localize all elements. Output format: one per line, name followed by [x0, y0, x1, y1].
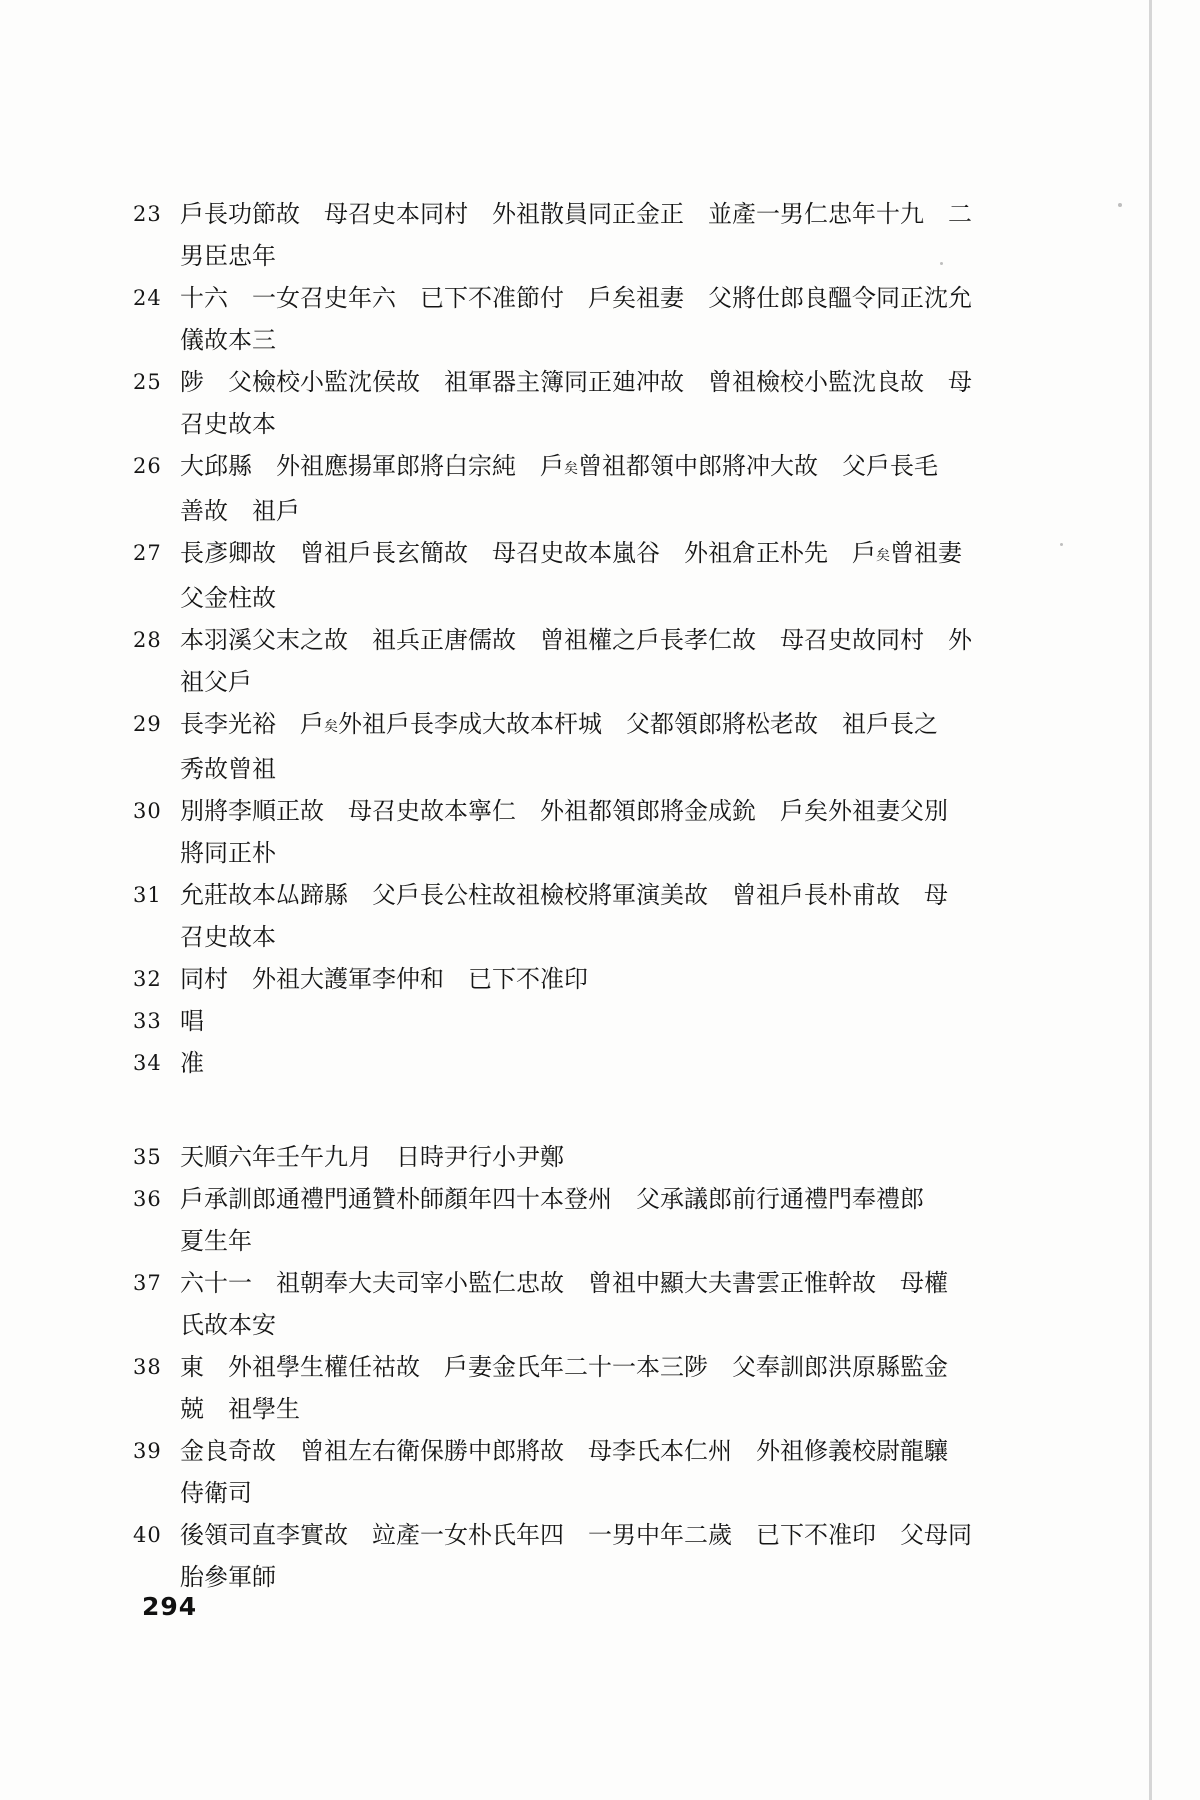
entry-number: 31	[133, 874, 180, 916]
entry-text: 同村 外祖大護軍李仲和 已下不准印	[180, 958, 1013, 1000]
entry-number: 36	[133, 1178, 180, 1220]
scan-edge-artifact	[1149, 0, 1152, 1800]
entry-line: 唱	[180, 1000, 1013, 1042]
entry-number: 30	[133, 790, 180, 832]
entry-line: 大邱縣 外祖應揚軍郎將白宗純 戶矣曾祖都領中郎將冲大故 父戶長毛	[180, 445, 1013, 490]
entry-text: 准	[180, 1042, 1013, 1084]
entry-number: 33	[133, 1000, 180, 1042]
entry-29: 29 長李光裕 戶矣外祖戶長李成大故本杆城 父都領郎將松老故 祖戶長之 秀故曾祖	[133, 703, 1013, 790]
scan-speck	[1060, 543, 1063, 546]
entry-line: 別將李順正故 母召史故本寧仁 外祖都領郎將金成鈗 戶矣外祖妻父別	[180, 790, 1013, 832]
entry-number: 39	[133, 1430, 180, 1472]
small-particle-char: 矣	[324, 719, 338, 735]
entry-line: 善故 祖戶	[180, 490, 1013, 532]
entry-text: 陟 父檢校小監沈侯故 祖軍器主簿同正廸冲故 曾祖檢校小監沈良故 母 召史故本	[180, 361, 1013, 445]
entry-25: 25 陟 父檢校小監沈侯故 祖軍器主簿同正廸冲故 曾祖檢校小監沈良故 母 召史故…	[133, 361, 1013, 445]
entry-text: 金良奇故 曾祖左右衛保勝中郎將故 母李氏本仁州 外祖修義校尉龍驤 侍衛司	[180, 1430, 1013, 1514]
entry-text: 東 外祖學生權任祜故 戶妻金氏年二十一本三陟 父奉訓郎洪原縣監金 兢 祖學生	[180, 1346, 1013, 1430]
entry-line: 金良奇故 曾祖左右衛保勝中郎將故 母李氏本仁州 外祖修義校尉龍驤	[180, 1430, 1013, 1472]
entry-line: 兢 祖學生	[180, 1388, 1013, 1430]
entry-text: 戶長功節故 母召史本同村 外祖散員同正金正 並產一男仁忠年十九 二 男臣忠年	[180, 193, 1013, 277]
entry-line: 准	[180, 1042, 1013, 1084]
entry-line: 氏故本安	[180, 1304, 1013, 1346]
text-block: 23 戶長功節故 母召史本同村 外祖散員同正金正 並產一男仁忠年十九 二 男臣忠…	[133, 193, 1013, 1598]
entry-line: 儀故本三	[180, 319, 1013, 361]
entry-line: 秀故曾祖	[180, 748, 1013, 790]
entry-text: 長李光裕 戶矣外祖戶長李成大故本杆城 父都領郎將松老故 祖戶長之 秀故曾祖	[180, 703, 1013, 790]
entry-36: 36 戶承訓郎通禮門通贊朴師顏年四十本登州 父承議郎前行通禮門奉禮郎 夏生年	[133, 1178, 1013, 1262]
entry-text: 本羽溪父末之故 祖兵正唐儒故 曾祖權之戶長孝仁故 母召史故同村 外 祖父戶	[180, 619, 1013, 703]
scan-speck	[1118, 203, 1122, 207]
small-particle-char: 矣	[564, 461, 578, 477]
entry-27: 27 長彥卿故 曾祖戶長玄簡故 母召史故本嵐谷 外祖倉正朴先 戶矣曾祖妻 父金柱…	[133, 532, 1013, 619]
small-particle-char: 矣	[876, 548, 890, 564]
entry-number: 27	[133, 532, 180, 574]
document-page: 23 戶長功節故 母召史本同村 外祖散員同正金正 並產一男仁忠年十九 二 男臣忠…	[0, 0, 1200, 1800]
entry-text: 允莊故本厸蹄縣 父戶長公柱故祖檢校將軍演美故 曾祖戶長朴甫故 母 召史故本	[180, 874, 1013, 958]
entry-30: 30 別將李順正故 母召史故本寧仁 外祖都領郎將金成鈗 戶矣外祖妻父別 將同正朴	[133, 790, 1013, 874]
entry-31: 31 允莊故本厸蹄縣 父戶長公柱故祖檢校將軍演美故 曾祖戶長朴甫故 母 召史故本	[133, 874, 1013, 958]
entry-number: 29	[133, 703, 180, 745]
entry-35: 35 天順六年壬午九月 日時尹行小尹鄭	[133, 1136, 1013, 1178]
page-number: 294	[142, 1592, 197, 1621]
entry-line: 召史故本	[180, 403, 1013, 445]
entry-text: 戶承訓郎通禮門通贊朴師顏年四十本登州 父承議郎前行通禮門奉禮郎 夏生年	[180, 1178, 1013, 1262]
entry-28: 28 本羽溪父末之故 祖兵正唐儒故 曾祖權之戶長孝仁故 母召史故同村 外 祖父戶	[133, 619, 1013, 703]
entry-number: 40	[133, 1514, 180, 1556]
entry-line: 夏生年	[180, 1220, 1013, 1262]
entry-number: 26	[133, 445, 180, 487]
entry-number: 24	[133, 277, 180, 319]
entry-37: 37 六十一 祖朝奉大夫司宰小監仁忠故 曾祖中顯大夫書雲正惟幹故 母權 氏故本安	[133, 1262, 1013, 1346]
entry-number: 32	[133, 958, 180, 1000]
entry-number: 37	[133, 1262, 180, 1304]
entry-line: 六十一 祖朝奉大夫司宰小監仁忠故 曾祖中顯大夫書雲正惟幹故 母權	[180, 1262, 1013, 1304]
entry-text: 十六 一女召史年六 已下不准節付 戶矣祖妻 父將仕郎良醞令同正沈允 儀故本三	[180, 277, 1013, 361]
entry-text: 大邱縣 外祖應揚軍郎將白宗純 戶矣曾祖都領中郎將冲大故 父戶長毛 善故 祖戶	[180, 445, 1013, 532]
entry-line: 本羽溪父末之故 祖兵正唐儒故 曾祖權之戶長孝仁故 母召史故同村 外	[180, 619, 1013, 661]
entry-text: 別將李順正故 母召史故本寧仁 外祖都領郎將金成鈗 戶矣外祖妻父別 將同正朴	[180, 790, 1013, 874]
entry-number: 34	[133, 1042, 180, 1084]
entry-40: 40 後領司直李實故 竝產一女朴氏年四 一男中年二歲 已下不准印 父母同 胎參軍…	[133, 1514, 1013, 1598]
entry-number: 25	[133, 361, 180, 403]
entry-text: 天順六年壬午九月 日時尹行小尹鄭	[180, 1136, 1013, 1178]
entry-line: 長彥卿故 曾祖戶長玄簡故 母召史故本嵐谷 外祖倉正朴先 戶矣曾祖妻	[180, 532, 1013, 577]
entry-number: 28	[133, 619, 180, 661]
entry-number: 35	[133, 1136, 180, 1178]
entry-39: 39 金良奇故 曾祖左右衛保勝中郎將故 母李氏本仁州 外祖修義校尉龍驤 侍衛司	[133, 1430, 1013, 1514]
entry-text: 唱	[180, 1000, 1013, 1042]
entry-text: 長彥卿故 曾祖戶長玄簡故 母召史故本嵐谷 外祖倉正朴先 戶矣曾祖妻 父金柱故	[180, 532, 1013, 619]
entry-number: 23	[133, 193, 180, 235]
entry-line: 陟 父檢校小監沈侯故 祖軍器主簿同正廸冲故 曾祖檢校小監沈良故 母	[180, 361, 1013, 403]
entry-text: 後領司直李實故 竝產一女朴氏年四 一男中年二歲 已下不准印 父母同 胎參軍師	[180, 1514, 1013, 1598]
entry-line: 允莊故本厸蹄縣 父戶長公柱故祖檢校將軍演美故 曾祖戶長朴甫故 母	[180, 874, 1013, 916]
entry-23: 23 戶長功節故 母召史本同村 外祖散員同正金正 並產一男仁忠年十九 二 男臣忠…	[133, 193, 1013, 277]
entry-26: 26 大邱縣 外祖應揚軍郎將白宗純 戶矣曾祖都領中郎將冲大故 父戶長毛 善故 祖…	[133, 445, 1013, 532]
entry-line: 同村 外祖大護軍李仲和 已下不准印	[180, 958, 1013, 1000]
entry-text: 六十一 祖朝奉大夫司宰小監仁忠故 曾祖中顯大夫書雲正惟幹故 母權 氏故本安	[180, 1262, 1013, 1346]
scan-speck	[940, 262, 943, 265]
entry-38: 38 東 外祖學生權任祜故 戶妻金氏年二十一本三陟 父奉訓郎洪原縣監金 兢 祖學…	[133, 1346, 1013, 1430]
entry-number: 38	[133, 1346, 180, 1388]
entry-line: 侍衛司	[180, 1472, 1013, 1514]
entry-line: 戶承訓郎通禮門通贊朴師顏年四十本登州 父承議郎前行通禮門奉禮郎	[180, 1178, 1013, 1220]
entry-line: 召史故本	[180, 916, 1013, 958]
entry-line: 胎參軍師	[180, 1556, 1013, 1598]
entry-line: 父金柱故	[180, 577, 1013, 619]
entry-line: 男臣忠年	[180, 235, 1013, 277]
entry-33: 33 唱	[133, 1000, 1013, 1042]
entry-line: 十六 一女召史年六 已下不准節付 戶矣祖妻 父將仕郎良醞令同正沈允	[180, 277, 1013, 319]
entry-34: 34 准	[133, 1042, 1013, 1084]
entry-line: 祖父戶	[180, 661, 1013, 703]
entry-32: 32 同村 外祖大護軍李仲和 已下不准印	[133, 958, 1013, 1000]
entry-line: 天順六年壬午九月 日時尹行小尹鄭	[180, 1136, 1013, 1178]
entry-line: 後領司直李實故 竝產一女朴氏年四 一男中年二歲 已下不准印 父母同	[180, 1514, 1013, 1556]
entry-line: 東 外祖學生權任祜故 戶妻金氏年二十一本三陟 父奉訓郎洪原縣監金	[180, 1346, 1013, 1388]
entry-line: 長李光裕 戶矣外祖戶長李成大故本杆城 父都領郎將松老故 祖戶長之	[180, 703, 1013, 748]
entry-line: 將同正朴	[180, 832, 1013, 874]
entry-line: 戶長功節故 母召史本同村 外祖散員同正金正 並產一男仁忠年十九 二	[180, 193, 1013, 235]
entry-24: 24 十六 一女召史年六 已下不准節付 戶矣祖妻 父將仕郎良醞令同正沈允 儀故本…	[133, 277, 1013, 361]
